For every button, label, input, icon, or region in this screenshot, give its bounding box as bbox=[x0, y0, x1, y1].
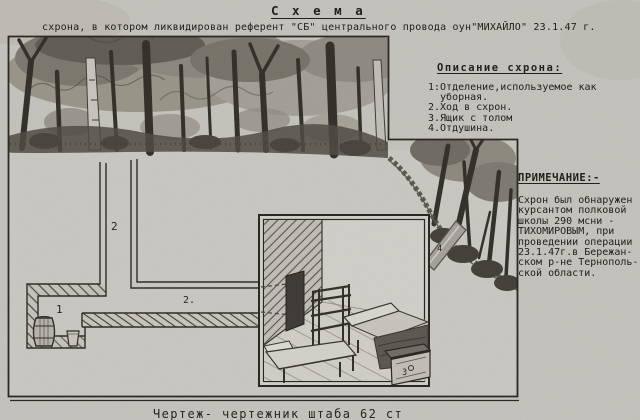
note-block: ПРИМЕЧАНИЕ:- Схрон был обнаружен курсант… bbox=[518, 172, 640, 279]
description-item: 4.Отдушина. bbox=[428, 124, 597, 134]
note-heading: ПРИМЕЧАНИЕ:- bbox=[518, 172, 640, 184]
scanned-document: { "document": { "title": "С х е м а", "s… bbox=[0, 0, 640, 420]
page-subtitle: схрона, в котором ликвидирован референт … bbox=[42, 22, 596, 33]
page-title: С х е м а bbox=[271, 3, 366, 18]
note-body: Схрон был обнаружен курсантом полковой ш… bbox=[518, 196, 640, 279]
description-list: 1:Отделение,используемое как уборная. 2.… bbox=[428, 83, 597, 134]
note-line: ской области. bbox=[518, 269, 640, 279]
description-block: Описание схрона: 1:Отделение,используемо… bbox=[428, 62, 597, 134]
bottom-caption: Чертеж- чертежник штаба 62 ст bbox=[153, 407, 403, 420]
description-heading: Описание схрона: bbox=[437, 62, 597, 74]
